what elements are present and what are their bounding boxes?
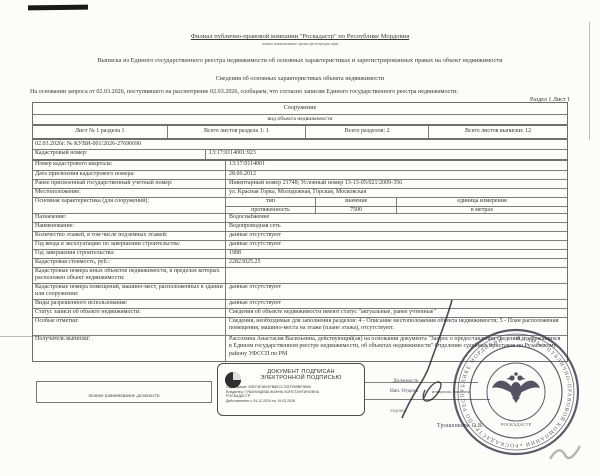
- row-value: 1988: [226, 250, 567, 258]
- position-name-box: полное наименование должности: [36, 381, 212, 403]
- esign-stamp: ДОКУМЕНТ ПОДПИСАН ЭЛЕКТРОННОЙ ПОДПИСЬЮ С…: [217, 363, 365, 416]
- scan-artifact-bar: [28, 5, 88, 11]
- row-value: Водоснабжение: [226, 214, 567, 222]
- sheet-cell: Всего листов раздела 1: 1: [167, 126, 306, 138]
- main-characteristic-grid: тип значение единица измерения протяженн…: [226, 198, 567, 213]
- row-value: 28.06.2012: [226, 171, 567, 179]
- main-characteristic-row: Основная характеристика (для сооружений)…: [33, 197, 567, 213]
- org-name-caption: полное наименование органа регистрации п…: [0, 42, 600, 46]
- sheet-cell: Всего разделов: 2: [305, 126, 428, 138]
- signature-stroke-icon: [380, 290, 480, 430]
- table-row: Местоположение: ул. Красная Горка, Молод…: [33, 188, 567, 197]
- row-label: Особые отметки:: [33, 318, 226, 335]
- row-value: 13:17:0114001:923: [206, 150, 567, 159]
- row-label: Виды разрешенного использования:: [33, 300, 226, 308]
- row-label: Получатель выписки:: [33, 336, 226, 361]
- row-label: Кадастровые номера иных объектов недвижи…: [33, 268, 226, 283]
- sheet-cell: Всего листов выписки: 12: [428, 126, 567, 138]
- scanned-egrn-extract-page: { "header": { "org": "Филиал публично-пр…: [0, 0, 600, 476]
- sheet-counts-table: Лист № 1 раздела 1 Всего листов раздела …: [32, 125, 568, 139]
- row-label: Кадастровый номер:: [33, 150, 206, 159]
- row-label: Количество этажей, в том числе подземных…: [33, 232, 226, 240]
- mc-header-unit: единица измерения: [396, 198, 567, 206]
- row-value: 13:17:0114001: [226, 161, 567, 170]
- row-value: [226, 268, 567, 283]
- esign-logo-icon: [224, 371, 242, 389]
- esign-validity: Действителен с 24.12.2024 по 19.03.2026: [226, 399, 358, 404]
- position-caption: полное наименование должности: [37, 394, 211, 399]
- mc-value-value: 7500: [315, 206, 396, 213]
- document-subtitle: Сведения об основных характеристиках объ…: [0, 75, 600, 82]
- sheet-counts-row: Лист № 1 раздела 1 Всего листов раздела …: [33, 126, 567, 138]
- table-row: Год завершения строительства: 1988: [33, 249, 567, 258]
- sheet-cell: Лист № 1 раздела 1: [33, 126, 167, 138]
- row-value: данные отсутствуют: [226, 232, 567, 240]
- table-row: Кадастровые номера помещений, машино-мес…: [33, 283, 567, 299]
- row-value: данные отсутствуют: [226, 241, 567, 249]
- row-label: Кадастровые номера помещений, машино-мес…: [33, 284, 226, 299]
- row-value: Водопроводная сеть: [226, 223, 567, 231]
- row-label: Год ввода в эксплуатацию по завершении с…: [33, 241, 226, 249]
- table-row: Год ввода в эксплуатацию по завершении с…: [33, 240, 567, 249]
- row-label: Основная характеристика (для сооружений)…: [33, 198, 226, 213]
- row-value: 22823025.25: [226, 259, 567, 267]
- cadastral-number-table: 02.03.2026г. № КУВИ-001/2026-27696690 Ка…: [32, 139, 568, 160]
- object-kind: Сооружение: [33, 103, 567, 114]
- object-kind-caption: вид объекта недвижимости: [33, 114, 567, 124]
- seal-center-text: РОСКАДАСТР: [501, 422, 532, 427]
- row-value: ул. Красная Горка, Молодежная, Горская, …: [226, 189, 567, 197]
- double-headed-eagle-icon: [492, 372, 540, 403]
- mc-value-unit: в метрах: [396, 206, 567, 213]
- row-label: Год завершения строительства:: [33, 250, 226, 258]
- table-row: Виды разрешенного использования: данные …: [33, 299, 567, 308]
- row-label: Ранее присвоенный государственный учетны…: [33, 180, 226, 188]
- table-row: Количество этажей, в том числе подземных…: [33, 231, 567, 240]
- table-row: Номер кадастрового квартала: 13:17:01140…: [33, 161, 567, 170]
- row-label: Местоположение:: [33, 189, 226, 197]
- row-label: Наименование:: [33, 223, 226, 231]
- table-row: Назначение: Водоснабжение: [33, 213, 567, 222]
- esign-title-line2: ЭЛЕКТРОННОЙ ПОДПИСЬЮ: [244, 375, 358, 381]
- table-row: Статус записи об объекте недвижимости: С…: [33, 308, 567, 317]
- object-kind-table: Сооружение вид объекта недвижимости: [32, 102, 568, 125]
- org-name: Филиал публично-правовой компании "Роска…: [0, 33, 600, 40]
- mc-value-type: протяженность: [226, 206, 315, 213]
- checkmark-scribble-icon: [545, 440, 587, 468]
- row-label: Назначение:: [33, 214, 226, 222]
- row-label: Номер кадастрового квартала:: [33, 161, 226, 170]
- table-row: Дата присвоения кадастрового номера: 28.…: [33, 170, 567, 179]
- row-label: Статус записи об объекте недвижимости:: [33, 309, 226, 317]
- mc-header-value: значение: [315, 198, 396, 206]
- table-row: Кадастровая стоимость, руб.: 22823025.25: [33, 258, 567, 267]
- cadastral-number-row: Кадастровый номер: 13:17:0114001:923: [33, 149, 567, 159]
- basis-text: На основании запроса от 02.03.2026, пост…: [30, 89, 570, 95]
- row-label: Дата присвоения кадастрового номера:: [33, 171, 226, 179]
- request-number: 02.03.2026г. № КУВИ-001/2026-27696690: [33, 140, 567, 149]
- table-row: Ранее присвоенный государственный учетны…: [33, 179, 567, 188]
- table-row: Кадастровые номера иных объектов недвижи…: [33, 267, 567, 283]
- document-title: Выписка из Единого государственного реес…: [0, 57, 600, 64]
- mc-header-type: тип: [226, 198, 315, 206]
- row-value: Инвентарный номер 21748; Условный номер …: [226, 180, 567, 188]
- table-row: Наименование: Водопроводная сеть: [33, 222, 567, 231]
- row-label: Кадастровая стоимость, руб.:: [33, 259, 226, 267]
